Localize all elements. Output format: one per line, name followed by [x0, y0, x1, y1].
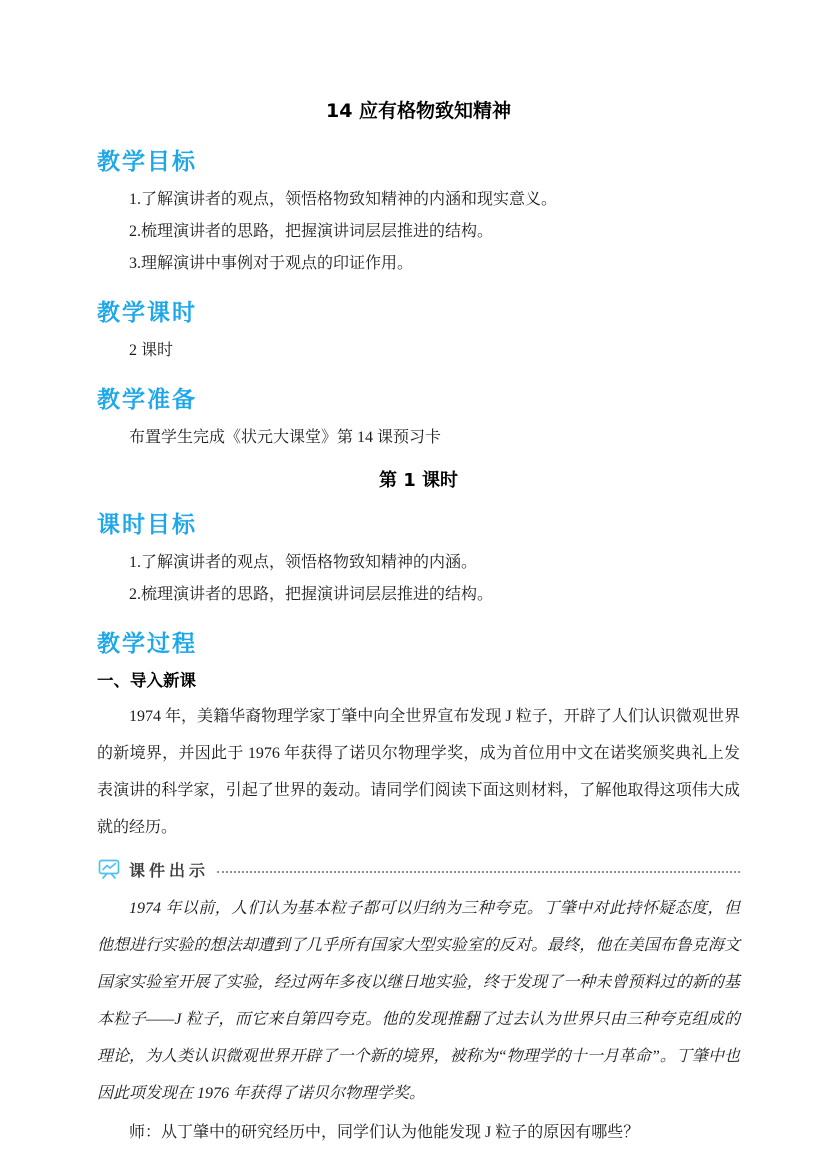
courseware-callout-header: 课件出示	[97, 854, 740, 884]
intro-paragraph: 1974 年，美籍华裔物理学家丁肇中向全世界宣布发现 J 粒子，开辟了人们认识微…	[97, 698, 740, 846]
teacher-question: 师：从丁肇中的研究经历中，同学们认为他能发现 J 粒子的原因有哪些？	[97, 1114, 740, 1151]
courseware-material-text: 1974 年以前，人们认为基本粒子都可以归纳为三种夸克。丁肇中对此持怀疑态度，但…	[97, 890, 740, 1112]
teaching-goal-item: 3.理解演讲中事例对于观点的印证作用。	[97, 248, 740, 280]
page-title: 14 应有格物致知精神	[97, 96, 740, 123]
teaching-prep-value: 布置学生完成《状元大课堂》第 14 课预习卡	[97, 422, 740, 454]
teaching-goal-item: 2.梳理演讲者的思路，把握演讲词层层推进的结构。	[97, 216, 740, 248]
dotted-leader-line	[217, 871, 740, 873]
lesson-plan-page: 14 应有格物致知精神 教学目标 1.了解演讲者的观点，领悟格物致知精神的内涵和…	[0, 0, 827, 1169]
teaching-periods-value: 2 课时	[97, 335, 740, 367]
section-heading-teaching-goals: 教学目标	[97, 143, 740, 176]
step-one-heading: 一、导入新课	[97, 668, 740, 694]
period-one-title: 第 1 课时	[97, 466, 740, 492]
section-heading-teaching-process: 教学过程	[97, 625, 740, 658]
teaching-goal-item: 1.了解演讲者的观点，领悟格物致知精神的内涵和现实意义。	[97, 184, 740, 216]
presentation-chart-icon	[97, 857, 121, 881]
period-goal-item: 2.梳理演讲者的思路，把握演讲词层层推进的结构。	[97, 579, 740, 611]
courseware-label: 课件出示	[129, 858, 209, 881]
section-heading-period-goals: 课时目标	[97, 506, 740, 539]
section-heading-teaching-prep: 教学准备	[97, 381, 740, 414]
section-heading-teaching-periods: 教学课时	[97, 294, 740, 327]
period-goal-item: 1.了解演讲者的观点，领悟格物致知精神的内涵。	[97, 547, 740, 579]
